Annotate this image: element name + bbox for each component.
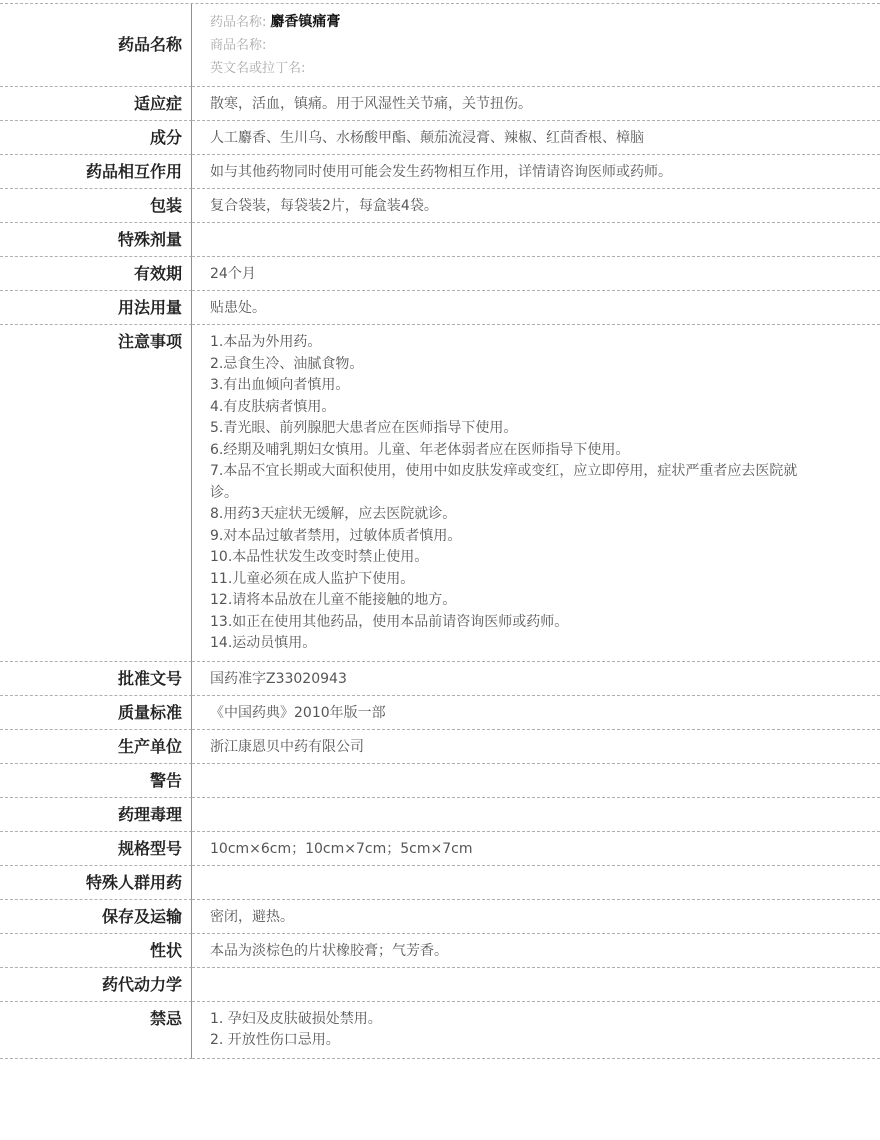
table-row-contraindications: 禁忌 1. 孕妇及皮肤破损处禁用。 2. 开放性伤口忌用。	[0, 1002, 880, 1059]
row-label: 药理毒理	[0, 798, 192, 832]
table-row-ingredients: 成分 人工麝香、生川乌、水杨酸甲酯、颠茄流浸膏、辣椒、红茴香根、樟脑	[0, 121, 880, 155]
row-label: 性状	[0, 934, 192, 968]
row-label: 特殊人群用药	[0, 866, 192, 900]
row-value: 密闭，避热。	[192, 900, 880, 934]
row-label: 药品相互作用	[0, 155, 192, 189]
field-key: 药品名称:	[210, 15, 266, 30]
table-row-drug-name: 药品名称 药品名称:麝香镇痛膏 商品名称: 英文名或拉丁名:	[0, 4, 880, 87]
precaution-line: 4.有皮肤病者慎用。	[210, 397, 806, 419]
contraindications-cell: 1. 孕妇及皮肤破损处禁用。 2. 开放性伤口忌用。	[192, 1002, 880, 1059]
precaution-line: 11.儿童必须在成人监护下使用。	[210, 569, 806, 591]
row-value: 人工麝香、生川乌、水杨酸甲酯、颠茄流浸膏、辣椒、红茴香根、樟脑	[192, 121, 880, 155]
contraindication-line: 1. 孕妇及皮肤破损处禁用。	[210, 1009, 806, 1031]
drug-name-cell: 药品名称:麝香镇痛膏 商品名称: 英文名或拉丁名:	[192, 4, 880, 87]
row-value	[192, 764, 880, 798]
row-value: 10cm×6cm；10cm×7cm；5cm×7cm	[192, 832, 880, 866]
table-row-pharmacology: 药理毒理	[0, 798, 880, 832]
row-value: 散寒，活血，镇痛。用于风湿性关节痛，关节扭伤。	[192, 87, 880, 121]
row-value: 本品为淡棕色的片状橡胶膏；气芳香。	[192, 934, 880, 968]
field-key: 英文名或拉丁名:	[210, 61, 305, 76]
table-row-special-populations: 特殊人群用药	[0, 866, 880, 900]
row-value	[192, 968, 880, 1002]
row-value: 贴患处。	[192, 291, 880, 325]
row-label: 药代动力学	[0, 968, 192, 1002]
row-label: 保存及运输	[0, 900, 192, 934]
precaution-line: 3.有出血倾向者慎用。	[210, 375, 806, 397]
table-row-usage: 用法用量 贴患处。	[0, 291, 880, 325]
table-row-specification: 规格型号 10cm×6cm；10cm×7cm；5cm×7cm	[0, 832, 880, 866]
drug-name-line: 药品名称:麝香镇痛膏	[210, 11, 868, 34]
table-row-quality-standard: 质量标准 《中国药典》2010年版一部	[0, 696, 880, 730]
precaution-line: 9.对本品过敏者禁用，过敏体质者慎用。	[210, 526, 806, 548]
row-label: 特殊剂量	[0, 223, 192, 257]
row-label: 药品名称	[0, 4, 192, 87]
precaution-line: 14.运动员慎用。	[210, 633, 806, 655]
table-row-precautions: 注意事项 1.本品为外用药。 2.忌食生冷、油腻食物。 3.有出血倾向者慎用。 …	[0, 325, 880, 662]
drug-name-value: 麝香镇痛膏	[270, 14, 340, 30]
precaution-line: 12.请将本品放在儿童不能接触的地方。	[210, 590, 806, 612]
row-label: 包装	[0, 189, 192, 223]
row-label: 成分	[0, 121, 192, 155]
row-value	[192, 223, 880, 257]
table-row-special-dosage: 特殊剂量	[0, 223, 880, 257]
trade-name-line: 商品名称:	[210, 34, 868, 57]
precaution-line: 8.用药3天症状无缓解，应去医院就诊。	[210, 504, 806, 526]
precautions-list: 1.本品为外用药。 2.忌食生冷、油腻食物。 3.有出血倾向者慎用。 4.有皮肤…	[210, 332, 806, 655]
row-value	[192, 866, 880, 900]
row-label: 适应症	[0, 87, 192, 121]
row-label: 注意事项	[0, 325, 192, 662]
table-row-approval-number: 批准文号 国药准字Z33020943	[0, 662, 880, 696]
row-label: 禁忌	[0, 1002, 192, 1059]
table-row-indications: 适应症 散寒，活血，镇痛。用于风湿性关节痛，关节扭伤。	[0, 87, 880, 121]
table-row-shelf-life: 有效期 24个月	[0, 257, 880, 291]
row-label: 批准文号	[0, 662, 192, 696]
row-value: 24个月	[192, 257, 880, 291]
table-row-manufacturer: 生产单位 浙江康恩贝中药有限公司	[0, 730, 880, 764]
table-row-packaging: 包装 复合袋装，每袋装2片，每盒装4袋。	[0, 189, 880, 223]
table-row-interactions: 药品相互作用 如与其他药物同时使用可能会发生药物相互作用，详情请咨询医师或药师。	[0, 155, 880, 189]
row-label: 生产单位	[0, 730, 192, 764]
row-value: 浙江康恩贝中药有限公司	[192, 730, 880, 764]
precaution-line: 5.青光眼、前列腺肥大患者应在医师指导下使用。	[210, 418, 806, 440]
row-value	[192, 798, 880, 832]
precaution-line: 6.经期及哺乳期妇女慎用。儿童、年老体弱者应在医师指导下使用。	[210, 440, 806, 462]
row-value: 如与其他药物同时使用可能会发生药物相互作用，详情请咨询医师或药师。	[192, 155, 880, 189]
table-row-storage: 保存及运输 密闭，避热。	[0, 900, 880, 934]
table-row-warning: 警告	[0, 764, 880, 798]
precaution-line: 2.忌食生冷、油腻食物。	[210, 354, 806, 376]
precautions-cell: 1.本品为外用药。 2.忌食生冷、油腻食物。 3.有出血倾向者慎用。 4.有皮肤…	[192, 325, 880, 662]
row-value: 国药准字Z33020943	[192, 662, 880, 696]
row-value: 《中国药典》2010年版一部	[192, 696, 880, 730]
drug-info-table: 药品名称 药品名称:麝香镇痛膏 商品名称: 英文名或拉丁名: 适应症 散寒，活血…	[0, 3, 880, 1059]
table-row-properties: 性状 本品为淡棕色的片状橡胶膏；气芳香。	[0, 934, 880, 968]
row-label: 有效期	[0, 257, 192, 291]
row-value: 复合袋装，每袋装2片，每盒装4袋。	[192, 189, 880, 223]
row-label: 警告	[0, 764, 192, 798]
precaution-line: 1.本品为外用药。	[210, 332, 806, 354]
row-label: 用法用量	[0, 291, 192, 325]
precaution-line: 10.本品性状发生改变时禁止使用。	[210, 547, 806, 569]
row-label: 质量标准	[0, 696, 192, 730]
precaution-line: 7.本品不宜长期或大面积使用，使用中如皮肤发痒或变红，应立即停用，症状严重者应去…	[210, 461, 806, 504]
contraindications-list: 1. 孕妇及皮肤破损处禁用。 2. 开放性伤口忌用。	[210, 1009, 806, 1052]
latin-name-line: 英文名或拉丁名:	[210, 57, 868, 80]
contraindication-line: 2. 开放性伤口忌用。	[210, 1030, 806, 1052]
row-label: 规格型号	[0, 832, 192, 866]
table-row-pharmacokinetics: 药代动力学	[0, 968, 880, 1002]
field-key: 商品名称:	[210, 38, 266, 53]
precaution-line: 13.如正在使用其他药品，使用本品前请咨询医师或药师。	[210, 612, 806, 634]
